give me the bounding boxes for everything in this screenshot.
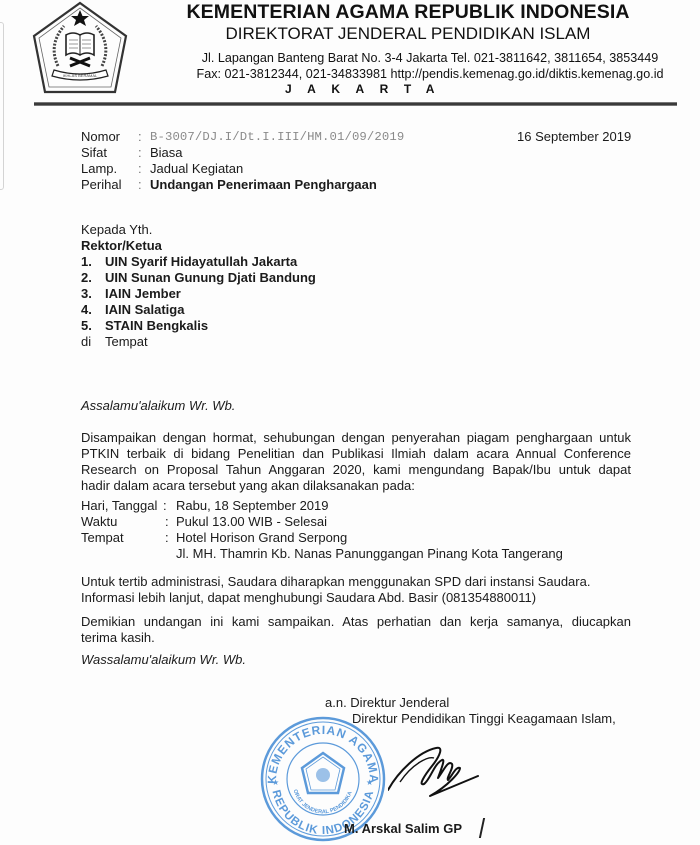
svg-text:★: ★: [272, 778, 279, 787]
recipient-place: Tempat: [105, 334, 148, 350]
address-line: Jl. Lapangan Banteng Barat No. 3-4 Jakar…: [160, 51, 700, 65]
closing-line: terima kasih.: [81, 630, 631, 646]
event-colon: :: [163, 498, 167, 514]
recipient-number: 1.: [81, 254, 92, 270]
ministry-name: KEMENTERIAN AGAMA REPUBLIK INDONESIA: [168, 1, 648, 24]
recipient-item: IAIN Salatiga: [105, 302, 184, 318]
event-colon: :: [165, 530, 169, 546]
recipient-item: STAIN Bengkalis: [105, 318, 208, 334]
meta-label-lamp: Lamp.: [81, 161, 117, 177]
greeting: Assalamu'alaikum Wr. Wb.: [81, 398, 235, 414]
meta-value-perihal: Undangan Penerimaan Penghargaan: [150, 177, 377, 193]
event-value-date: Rabu, 18 September 2019: [176, 498, 329, 514]
admin-line: Untuk tertib administrasi, Saudara dihar…: [81, 574, 590, 590]
recipient-item: UIN Syarif Hidayatullah Jakarta: [105, 254, 297, 270]
recipient-number: 3.: [81, 286, 92, 302]
meta-colon: :: [138, 129, 142, 145]
city: JAKARTA: [279, 82, 479, 96]
svg-text:IKHLAS BERAMAL: IKHLAS BERAMAL: [63, 73, 98, 78]
svg-text:★: ★: [366, 778, 373, 787]
meta-colon: :: [138, 177, 142, 193]
fax-line: Fax: 021-3812344, 021-34833981 http://pe…: [160, 67, 700, 81]
closing-line: Demikian undangan ini kami sampaikan. At…: [81, 614, 631, 630]
intro-line: hadir dalam acara tersebut yang akan dil…: [81, 478, 631, 494]
recipient-item: UIN Sunan Gunung Djati Bandung: [105, 270, 316, 286]
intro-line: Research on Proposal Tahun Anggaran 2020…: [81, 462, 631, 478]
event-colon: :: [165, 514, 169, 530]
signer-name: M. Arskal Salim GP: [344, 821, 462, 837]
page-edge-frame: [0, 22, 4, 190]
recipient-title: Rektor/Ketua: [81, 238, 162, 254]
intro-line: PTKIN terbaik di bidang Penelitian dan P…: [81, 446, 631, 462]
event-label: Tempat: [81, 530, 124, 546]
event-label: Waktu: [81, 514, 117, 530]
recipient-number: 5.: [81, 318, 92, 334]
meta-label-sifat: Sifat: [81, 145, 107, 161]
letterhead-divider: [34, 102, 677, 106]
directorate-name: DIREKTORAT JENDERAL PENDIDIKAN ISLAM: [168, 24, 648, 44]
letter-date: 16 September 2019: [517, 129, 631, 145]
recipient-number: 2.: [81, 270, 92, 286]
meta-label-perihal: Perihal: [81, 177, 121, 193]
recipient-di: di: [81, 334, 91, 350]
event-label: Hari, Tanggal: [81, 498, 157, 514]
recipient-salutation: Kepada Yth.: [81, 222, 152, 238]
handwritten-signature-icon: [388, 742, 488, 812]
intro-line: Disampaikan dengan hormat, sehubungan de…: [81, 430, 631, 446]
meta-value-lamp: Jadual Kegiatan: [150, 161, 243, 177]
recipient-item: IAIN Jember: [105, 286, 181, 302]
farewell: Wassalamu'alaikum Wr. Wb.: [81, 652, 246, 668]
meta-colon: :: [138, 161, 142, 177]
on-behalf-line: a.n. Direktur Jenderal: [325, 695, 449, 711]
meta-label-nomor: Nomor: [81, 129, 120, 145]
meta-value-nomor: B-3007/DJ.I/Dt.I.III/HM.01/09/2019: [150, 129, 404, 145]
ministry-emblem-icon: IKHLAS BERAMAL: [30, 0, 130, 96]
event-value-time: Pukul 13.00 WIB - Selesai: [176, 514, 327, 530]
signature-slash-mark: [479, 818, 485, 838]
event-value-place: Hotel Horison Grand Serpong: [176, 530, 347, 546]
meta-colon: :: [138, 145, 142, 161]
admin-line: Informasi lebih lanjut, dapat menghubung…: [81, 590, 536, 606]
recipient-number: 4.: [81, 302, 92, 318]
signer-position: Direktur Pendidikan Tinggi Keagamaan Isl…: [352, 711, 616, 727]
meta-value-sifat: Biasa: [150, 145, 183, 161]
event-address: Jl. MH. Thamrin Kb. Nanas Panunggangan P…: [176, 546, 563, 562]
